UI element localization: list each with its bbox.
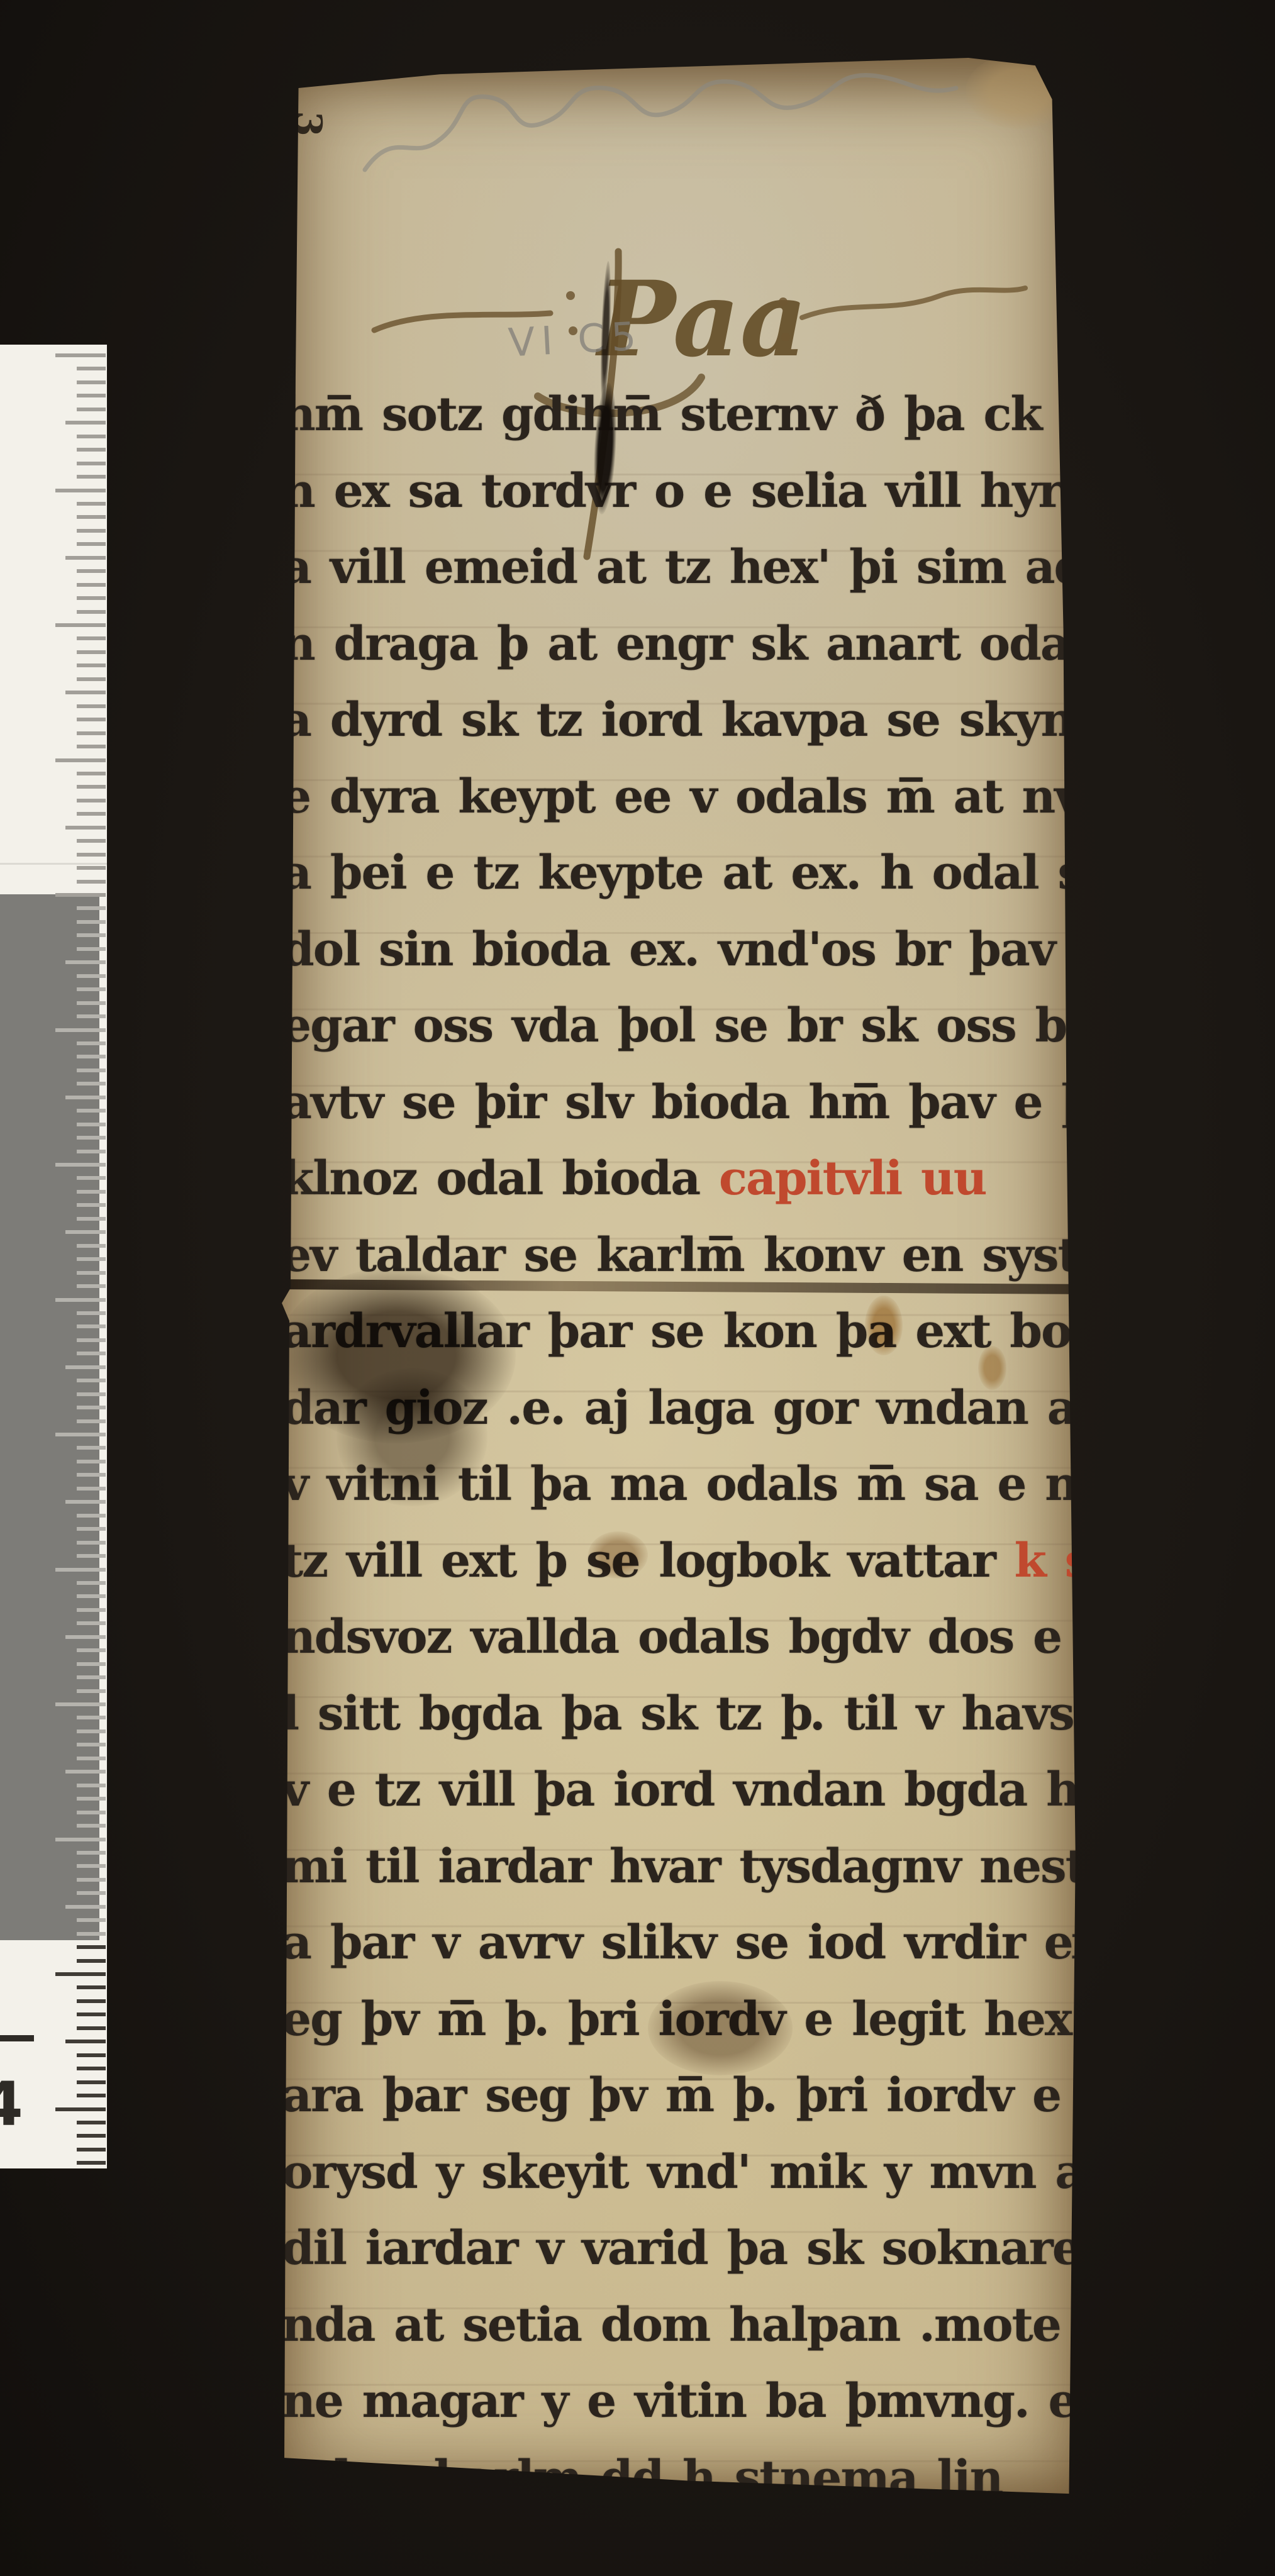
ruler-tick (55, 1838, 106, 1841)
ruler-tick (77, 1203, 106, 1207)
ruler-tick (77, 1324, 106, 1328)
ruler-tick (55, 1163, 106, 1167)
ruler-tick (77, 542, 106, 546)
ink-text: nda at setia dom halpan .mote sex (282, 2298, 1159, 2352)
ruler-tick (77, 1014, 106, 1018)
ruler-tick (77, 1608, 106, 1612)
ruler-tick (77, 394, 106, 397)
ruler-tick (65, 1230, 106, 1234)
ink-text: egar oss vda þol se br sk oss bioda e (282, 999, 1220, 1053)
ruler-tick (65, 1365, 106, 1369)
manuscript-line: n ex sa tordvr o e selia vill hyr av (282, 468, 1135, 514)
ruler-tick (77, 1460, 106, 1463)
manuscript-line: n hm karlm dd h stnema lin (282, 2455, 1002, 2501)
manuscript-line: ne magar y e vitin ba þmvng. e. n. (282, 2378, 1159, 2424)
ruler-tick (77, 1217, 106, 1221)
ink-text: v e tz vill þa iord vndan bgda hvar s (282, 1763, 1201, 1817)
manuscript-line: a þei e tz keypte at ex. h odal s. e. ho (282, 850, 1242, 896)
ruler-tick (55, 758, 106, 762)
ruler-tick (77, 610, 106, 614)
manuscript-line: dol sin bioda ex. vnd'os br þav se v (282, 926, 1172, 973)
ruler-tick (65, 960, 106, 964)
ruler-cm-dash (0, 2035, 34, 2041)
ruler-tick (77, 1757, 106, 1760)
ruler-tick (77, 663, 106, 667)
ruler-tick (65, 421, 106, 425)
ruler-tick (77, 1689, 106, 1693)
ruler-tick (77, 812, 106, 816)
ruler-tick (77, 1797, 106, 1801)
ruler-tick (77, 1392, 106, 1396)
ruler-tick (77, 1419, 106, 1423)
ruler-tick (77, 2053, 106, 2057)
manuscript-line: a þar v avrv slikv se iod vrdir ext (282, 1919, 1119, 1966)
ruler-tick (77, 1041, 106, 1045)
ruler-tick (55, 1028, 106, 1032)
ruler-tick (77, 853, 106, 857)
ruler-tick (77, 1190, 106, 1194)
ink-text: a vill emeid at tz hex' þi sim adola (282, 540, 1161, 594)
ruler-tick (77, 2161, 106, 2165)
ruler-tick (77, 462, 106, 465)
ruler-tick (77, 1662, 106, 1666)
ruler-tick (77, 2121, 106, 2124)
ink-text: orysd y skeyit vnd' mik y mvn attle (282, 2145, 1169, 2199)
ruler-tick (77, 2134, 106, 2138)
parchment-fragment: 3 Paa VI C5 hm̅ sotz gdihm̅ sternv ð þa … (277, 53, 1082, 2506)
ruler-tick (77, 2067, 106, 2070)
ink-text: ndsvoz vallda odals bgdv dos e hvr n (282, 1610, 1214, 1664)
ruler-tick (65, 826, 106, 830)
ink-text: avtv se þir slv bioda hm̅ þav e þra od (282, 1075, 1225, 1130)
ruler-tick (77, 1473, 106, 1477)
ruler-tick (77, 1675, 106, 1679)
ruler-tick (77, 1001, 106, 1005)
ruler-tick (77, 839, 106, 843)
ruler-tick (65, 1096, 106, 1099)
rubric-text: k seg' a (1015, 1534, 1211, 1588)
ruler-tick (77, 1069, 106, 1072)
photo-ruler: 4 (0, 345, 107, 2168)
ruler-tick (77, 636, 106, 640)
ruler-tick (77, 1743, 106, 1746)
ruler-tick (77, 529, 106, 533)
manuscript-line: ndsvoz vallda odals bgdv dos e hvr n (282, 1614, 1214, 1660)
ink-text: klnoz odal bioda (282, 1152, 719, 1206)
ink-text: l sitt bgda þa sk tz þ. til v havstid e … (282, 1687, 1240, 1741)
ruler-tick (77, 1999, 106, 2003)
ruler-tick (77, 1864, 106, 1868)
ruler-tick (77, 1811, 106, 1814)
ruler-tick (65, 556, 106, 560)
ruler-tick (77, 583, 106, 587)
ruler-tick (77, 448, 106, 452)
ruler-tick (77, 704, 106, 708)
ruler-tick (77, 866, 106, 870)
manuscript-line: dil iardar v varid þa sk soknare dom (282, 2225, 1209, 2272)
ruler-tick (77, 1446, 106, 1450)
ruler-tick (55, 1702, 106, 1706)
ruler-tick (77, 772, 106, 775)
ruler-tick (55, 353, 106, 357)
ruler-tick (77, 475, 106, 479)
manuscript-line: orysd y skeyit vnd' mik y mvn attle (282, 2149, 1169, 2196)
ruler-tick (77, 1985, 106, 1989)
ruler-tick (77, 1379, 106, 1382)
ruler-tick (77, 1878, 106, 1882)
ruler-tick (77, 380, 106, 384)
manuscript-line: n draga þ at engr sk anart odal at (282, 621, 1154, 667)
ruler-tick (77, 1851, 106, 1855)
ruler-tick (65, 1905, 106, 1909)
ink-text: dar gioz .e. aj laga gor vndan asm (282, 1381, 1149, 1435)
pencil-inscription (355, 53, 972, 198)
ruler-tick (77, 1891, 106, 1895)
ink-text: v vitni til þa ma odals m̅ sa e nest (282, 1457, 1151, 1511)
ruler-tick (77, 1284, 106, 1288)
ruler-tick (77, 1959, 106, 1963)
folio-number: 3 (286, 111, 330, 138)
ruler-cm-label: 4 (0, 2069, 23, 2140)
ruler-tick (77, 799, 106, 802)
manuscript-line: ara þar seg þv m̅ þ. þri iordv e yde va (282, 2072, 1239, 2119)
ruler-card-joint (0, 863, 107, 865)
rubric-text: v (1147, 923, 1172, 977)
ruler-tick (77, 1621, 106, 1625)
manuscript-line: dar gioz .e. aj laga gor vndan asm (282, 1385, 1149, 1431)
manuscript-line: eg þv m̅ þ. þri iordv e legit hex' vnd (282, 1996, 1193, 2043)
ruler-tick (55, 893, 106, 897)
ruler-tick (77, 920, 106, 924)
manuscript-line: nda at setia dom halpan .mote sex (282, 2302, 1159, 2348)
ruler-tick (77, 1945, 106, 1949)
ruler-tick (65, 1770, 106, 1774)
ruler-tick (77, 650, 106, 654)
ruler-tick (77, 1352, 106, 1355)
ruler-tick (77, 1581, 106, 1585)
ink-text: eg þv m̅ þ. þri iordv e legit hex' vnd (282, 1992, 1193, 2046)
ruler-tick (77, 1271, 106, 1275)
ruler-tick (77, 1932, 106, 1936)
ruler-tick (77, 1541, 106, 1545)
ink-text: dil iardar v varid þa sk soknare dom (282, 2221, 1209, 2275)
ruler-tick (77, 785, 106, 789)
ruler-tick (77, 2080, 106, 2084)
ruler-tick (77, 1716, 106, 1719)
ruler-tick (55, 623, 106, 627)
ruler-tick (77, 1338, 106, 1342)
manuscript-line: a dyrd sk tz iord kavpa se skynsavl (282, 697, 1169, 743)
ruler-tick (65, 1635, 106, 1639)
ruler-tick (77, 1406, 106, 1409)
ink-text: dol sin bioda ex. vnd'os br þav se (282, 923, 1147, 977)
ruler-tick (77, 502, 106, 506)
ruler-tick (77, 1648, 106, 1652)
manuscript-line: hm̅ sotz gdihm̅ sternv ð þa ck tz lej (282, 391, 1186, 438)
ruler-tick (77, 1554, 106, 1558)
ink-text: hm̅ sotz gdihm̅ sternv ð þa ck tz lej (282, 387, 1186, 441)
ink-text: a þar v avrv slikv se iod vrdir ext (282, 1916, 1119, 1970)
ruler-tick (77, 1729, 106, 1733)
ruler-tick (55, 1433, 106, 1436)
ruler-tick (77, 2012, 106, 2016)
manuscript-line: avtv se þir slv bioda hm̅ þav e þra od (282, 1079, 1225, 1126)
ruler-tick (77, 906, 106, 910)
ruler-tick (77, 933, 106, 937)
ruler-tick (77, 515, 106, 519)
manuscript-line: l sitt bgda þa sk tz þ. til v havstid e … (282, 1690, 1240, 1737)
manuscript-line: egar oss vda þol se br sk oss bioda e (282, 1002, 1220, 1049)
ink-text: n draga þ at engr sk anart odal at (282, 617, 1154, 671)
ruler-tick (77, 1594, 106, 1598)
photo-canvas: 4 3 Paa VI C5 hm̅ sotz gdihm̅ sternv ð þ… (0, 0, 1275, 2576)
ink-text: n ex sa tordvr o e selia vill hyr av (282, 464, 1135, 518)
rubric-text: capitvli uu (719, 1152, 986, 1206)
manuscript-line: klnoz odal bioda capitvli uu (282, 1155, 986, 1202)
ruler-tick (77, 677, 106, 681)
ruler-tick (77, 1311, 106, 1315)
ink-text: mi til iardar hvar tysdagnv nesta (282, 1840, 1115, 1894)
ink-text: ardrvallar þar se kon þa ext born (282, 1304, 1127, 1358)
ruler-tick (77, 1527, 106, 1531)
ink-text: ara þar seg þv m̅ þ. þri iordv e yde va (282, 2068, 1239, 2123)
ruler-tick (77, 569, 106, 573)
ruler-tick (77, 1244, 106, 1248)
manuscript-line: mi til iardar hvar tysdagnv nesta (282, 1843, 1115, 1890)
ruler-tick (77, 1055, 106, 1058)
ruler-tick (77, 745, 106, 748)
ruler-tick (55, 1972, 106, 1976)
ruler-tick (77, 1150, 106, 1153)
ruler-tick (55, 489, 106, 492)
ink-text: a þei e tz keypte at ex. h odal s. e. ho (282, 846, 1242, 900)
ruler-tick (77, 1257, 106, 1261)
ruler-tick (77, 1123, 106, 1126)
ruler-tick (77, 1824, 106, 1828)
ruler-tick (77, 1918, 106, 1922)
ruler-tick (65, 2040, 106, 2043)
ruler-tick (77, 1487, 106, 1491)
ruler-tick (77, 974, 106, 978)
ruler-tick (77, 1082, 106, 1085)
ruler-tick (77, 367, 106, 370)
ruler-tick (77, 1514, 106, 1518)
ruler-tick (77, 408, 106, 411)
ruler-tick (65, 1500, 106, 1504)
ruler-tick (65, 691, 106, 694)
ruler-tick (77, 1136, 106, 1140)
ruler-tick (77, 596, 106, 600)
ruler-tick (77, 1784, 106, 1787)
manuscript-line: e dyra keypt ee v odals m̅ at nv (282, 774, 1080, 820)
ruler-tick (77, 947, 106, 951)
ruler-tick (55, 2107, 106, 2111)
ink-text: a dyrd sk tz iord kavpa se skynsavl (282, 693, 1169, 747)
corner-fold-highlight (966, 53, 1072, 129)
manuscript-line: v e tz vill þa iord vndan bgda hvar s (282, 1767, 1201, 1813)
ruler-tick (55, 1568, 106, 1572)
ruler-tick (77, 2026, 106, 2030)
ruler-tick (77, 435, 106, 438)
manuscript-line: tz vill ext þ se logbok vattar k seg' a (282, 1538, 1210, 1584)
ruler-tick (77, 880, 106, 884)
ruler-tick (77, 1176, 106, 1180)
ruler-tick (77, 731, 106, 735)
ink-text: tz vill ext þ se logbok vattar (282, 1534, 1015, 1588)
manuscript-line: ev taldar se karlm̅ konv en syst' sk (282, 1232, 1166, 1279)
ruler-tick (77, 987, 106, 991)
pencil-classmark: VI C5 (507, 313, 643, 365)
ruler-tick (77, 2094, 106, 2097)
ink-text: ev taldar se karlm̅ konv en syst' sk (282, 1228, 1166, 1282)
ink-text: ne magar y e vitin ba þmvng. e. n. (282, 2374, 1159, 2428)
ruler-tick (77, 2148, 106, 2151)
ruler-tick (77, 1109, 106, 1113)
manuscript-line: ardrvallar þar se kon þa ext born (282, 1308, 1127, 1355)
ink-text: n hm karlm dd h stnema lin (282, 2451, 1002, 2505)
ruler-tick (55, 1298, 106, 1302)
ruler-tick (77, 718, 106, 721)
ink-text: e dyra keypt ee v odals m̅ at nv (282, 770, 1080, 824)
manuscript-line: a vill emeid at tz hex' þi sim adola (282, 544, 1161, 591)
manuscript-line: v vitni til þa ma odals m̅ sa e nest (282, 1461, 1151, 1507)
